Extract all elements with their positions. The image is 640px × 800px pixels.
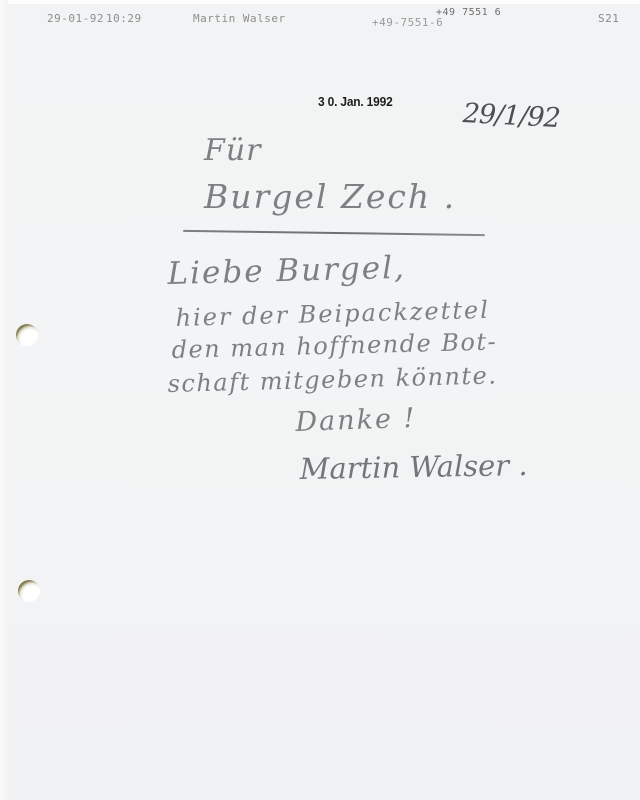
letter-line: schaft mitgeben könnte. bbox=[167, 361, 497, 398]
letter-closing: Danke ! bbox=[295, 403, 417, 438]
fax-phone-overprint: +49 7551 6 bbox=[436, 7, 501, 18]
fax-header: 29-01-92 10:29 Martin Walser +49-7551-6 … bbox=[0, 10, 640, 26]
fax-time: 10:29 bbox=[106, 12, 142, 25]
received-date-stamp: 3 0. Jan. 1992 bbox=[318, 94, 393, 109]
fax-page-number: S21 bbox=[598, 12, 619, 25]
paper-left-edge bbox=[0, 0, 8, 800]
signature: Martin Walser . bbox=[299, 448, 527, 486]
recipient-prefix: Für bbox=[204, 133, 261, 168]
fax-phone-line: +49-7551-6 bbox=[372, 16, 443, 29]
handwritten-underline bbox=[183, 230, 485, 236]
paper-top-edge bbox=[0, 0, 640, 4]
recipient-name: Burgel Zech . bbox=[204, 177, 456, 216]
fax-date: 29-01-92 bbox=[47, 12, 104, 25]
punch-hole bbox=[16, 324, 38, 346]
fax-sender: Martin Walser bbox=[193, 12, 286, 25]
handwritten-date: 29/1/92 bbox=[462, 98, 561, 134]
scanned-letter-page: 29-01-92 10:29 Martin Walser +49-7551-6 … bbox=[0, 0, 640, 800]
letter-line: hier der Beipackzettel bbox=[175, 296, 490, 332]
punch-hole bbox=[18, 580, 40, 602]
letter-greeting: Liebe Burgel, bbox=[167, 250, 406, 292]
letter-line: den man hoffnende Bot- bbox=[171, 327, 497, 364]
